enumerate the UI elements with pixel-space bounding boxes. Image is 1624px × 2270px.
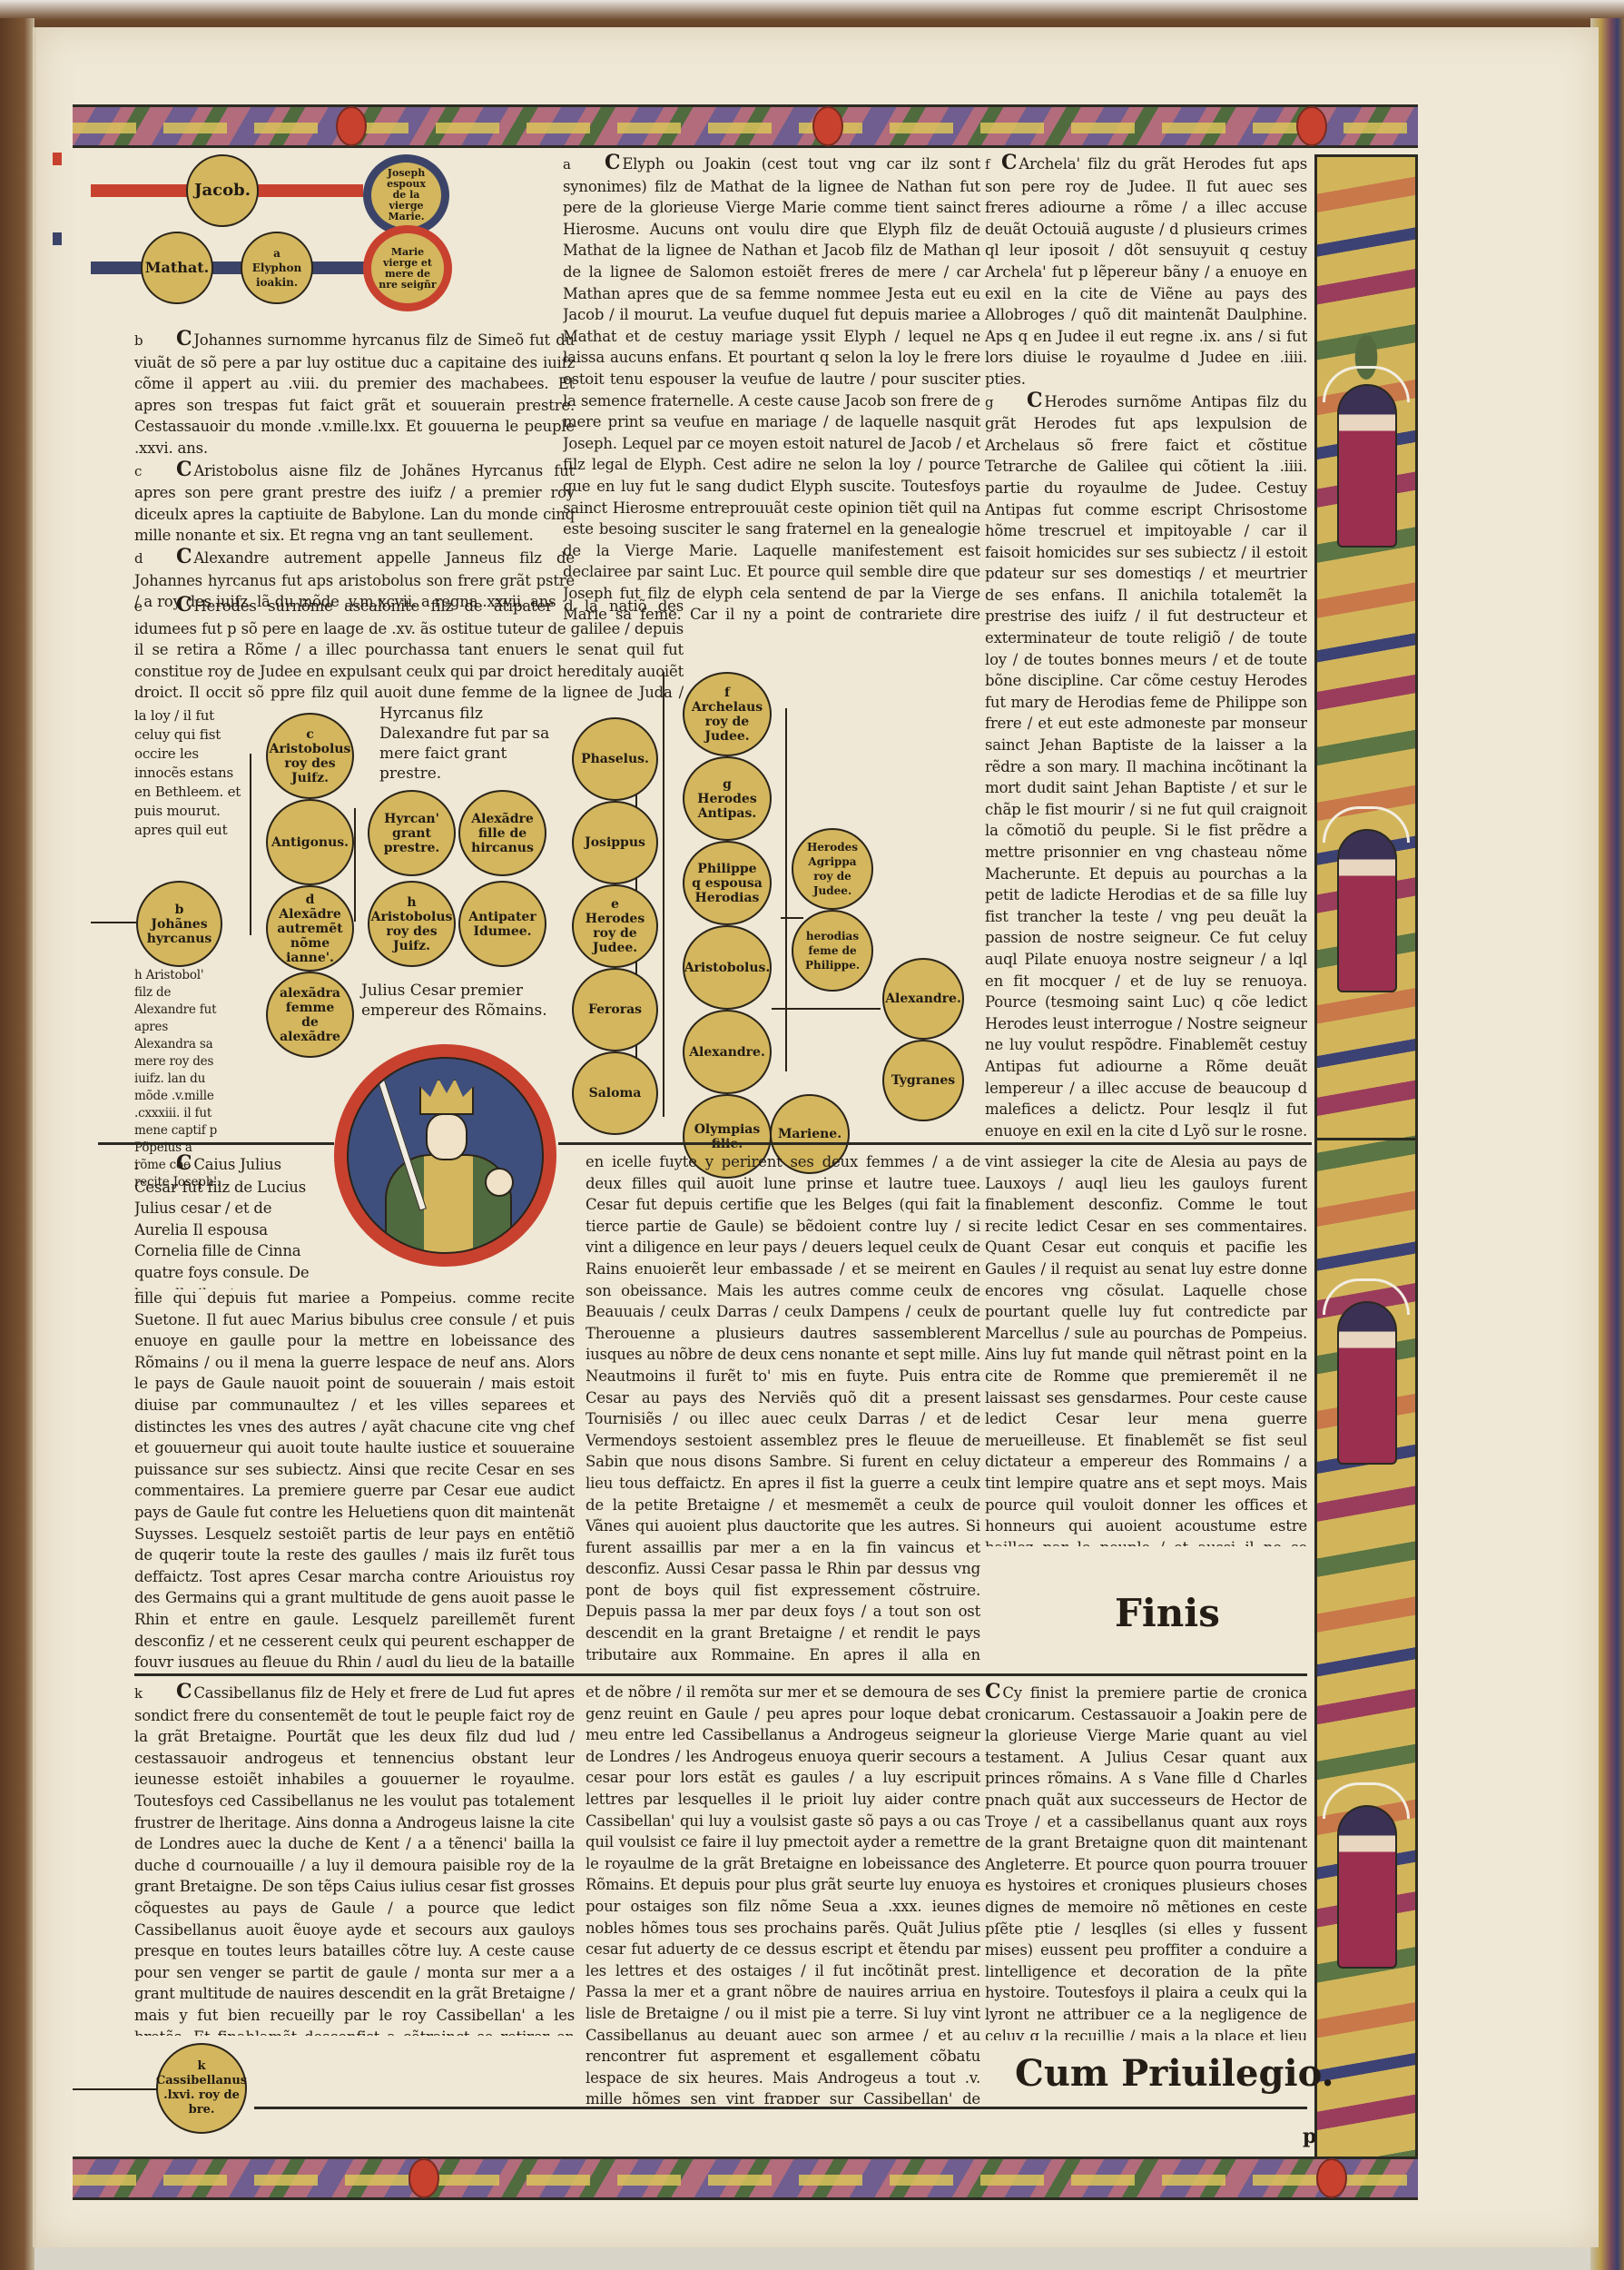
paragraph-e-end: la loy / il fut celuy qui fist occire le… xyxy=(134,706,248,843)
divider-rule xyxy=(558,1142,1312,1145)
signature-mark: p xyxy=(1303,2125,1316,2148)
rose-ornament xyxy=(336,106,367,146)
circle-joseph: Joseph espoux de la vierge Marie. xyxy=(363,154,449,236)
circle-feroras: Feroras xyxy=(572,968,658,1051)
circle-cassibellanus: k Cassibellanus .lxvi. roy de bre. xyxy=(156,2043,247,2134)
circle-aristobolus-h: h Aristobolus roy des Juifz. xyxy=(368,881,456,967)
circle-hyrcanus-priest: Hyrcan' grant prestre. xyxy=(368,790,456,876)
paragraph-b: bCJohannes surnomme hyrcanus filz de Sim… xyxy=(134,329,575,459)
book-binding-left xyxy=(0,18,34,2270)
circle-herodias: herodias feme de Philippe. xyxy=(792,910,873,992)
circle-herodes-agrippa: Herodes Agrippa roy de Judee. xyxy=(792,828,873,910)
paragraph-a: aCElyph ou Joakin (cest tout vng car ilz… xyxy=(563,153,980,625)
margin-mark xyxy=(53,153,62,165)
paragraph-c: cCAristobolus aisne filz de Johãnes Hyrc… xyxy=(134,459,575,547)
circle-alexandra-daughter: Alexãdre fille de hircanus xyxy=(458,790,546,876)
rose-ornament xyxy=(1316,2158,1347,2198)
circle-elyphon: a Elyphon ioakin. xyxy=(241,232,313,304)
bottom-decorative-border xyxy=(73,2156,1418,2200)
circle-aristobolus-c: c Aristobolus roy des Juifz. xyxy=(266,713,354,799)
cum-privilegio-heading: Cum Priuilegio. xyxy=(1015,2052,1334,2095)
circle-alexandre-d: d Alexãdre autremẽt nõme ianne'. xyxy=(266,885,354,972)
circle-philippe: Philippe q espousa Herodias xyxy=(683,841,772,925)
tree-connector xyxy=(772,1008,881,1010)
rose-ornament xyxy=(812,106,843,146)
lineage-bar-blue xyxy=(91,262,381,274)
circle-tygranes: Tygranes xyxy=(882,1040,964,1121)
rose-ornament xyxy=(1296,106,1327,146)
figure-illustration xyxy=(1337,1301,1397,1465)
circle-antipater: Antipater Idumee. xyxy=(458,881,546,967)
figure-illustration xyxy=(1337,384,1397,548)
right-column-text: fCArchela' filz du grãt Herodes fut aps … xyxy=(985,153,1307,1142)
circle-archelaus: f Archelaus roy de Judee. xyxy=(683,672,772,756)
circle-alexandre-2: Alexandre. xyxy=(683,1010,772,1094)
paragraph-g: gCHerodes surnõme Antipas filz du grãt H… xyxy=(985,390,1307,1142)
figure-illustration xyxy=(1337,1805,1397,1969)
caius-julius-lead: iCCaius Julius Cesar fut filz de Lucius … xyxy=(134,1153,325,1289)
left-column-text: bCJohannes surnomme hyrcanus filz de Sim… xyxy=(134,329,575,613)
divider-rule xyxy=(134,1673,1307,1676)
tree-connector xyxy=(781,917,803,919)
circle-phaselus: Phaselus. xyxy=(572,717,658,801)
caption-julius-cesar: Julius Cesar premier empereur des Rõmain… xyxy=(361,981,552,1021)
cassibellanus-column-1: kCCassibellanus filz de Hely et frere de… xyxy=(134,1682,575,2036)
caius-julius-column-1: fille qui depuis fut mariee a Pompeius. … xyxy=(134,1288,575,1667)
circle-herodes-e: e Herodes roy de Judee. xyxy=(572,884,658,968)
finis-heading: Finis xyxy=(1115,1591,1220,1635)
circle-aristobolus-2: Aristobolus. xyxy=(683,925,772,1010)
circle-marie: Marie vierge et mere de nre seigñr xyxy=(363,225,452,311)
circle-alexandra: alexãdra femme de alexãdre xyxy=(266,972,354,1058)
circle-johannes-hyrcanus: b Johãnes hyrcanus xyxy=(136,881,222,967)
tree-connector xyxy=(250,754,251,935)
divider-rule xyxy=(98,1142,334,1145)
colophon-text: CCy finist la premiere partie de cronica… xyxy=(985,1682,1307,2040)
julius-caesar-portrait xyxy=(334,1044,556,1267)
tree-connector xyxy=(354,808,356,922)
margin-mark xyxy=(53,232,62,245)
divider-rule xyxy=(254,2107,1307,2109)
right-decorative-border xyxy=(1314,154,1418,2161)
paragraph-f: fCArchela' filz du grãt Herodes fut aps … xyxy=(985,153,1307,390)
tree-connector xyxy=(91,922,136,923)
figure-illustration xyxy=(1337,829,1397,992)
rose-ornament xyxy=(408,2158,439,2198)
top-decorative-border xyxy=(73,104,1418,148)
circle-alexandre-3: Alexandre. xyxy=(882,958,964,1040)
circle-mathat: Mathat. xyxy=(141,232,213,304)
middle-column-text: aCElyph ou Joakin (cest tout vng car ilz… xyxy=(563,153,980,625)
tree-connector xyxy=(663,672,664,1117)
circle-jacob: Jacob. xyxy=(186,154,259,227)
caius-julius-column-2: en icelle fuyte y perirent ses deux femm… xyxy=(586,1151,980,1667)
caius-julius-column-3: vint assieger la cite de Alesia au pays … xyxy=(985,1151,1307,1546)
circle-saloma: Saloma xyxy=(572,1051,658,1135)
caption-hyrcanus: Hyrcanus filz Dalexandre fut par sa mere… xyxy=(379,704,552,784)
tree-connector xyxy=(785,708,787,1071)
circle-josippus: Josippus xyxy=(572,801,658,884)
circle-antigonus: Antigonus. xyxy=(266,799,354,885)
orb-icon xyxy=(485,1168,514,1197)
circle-herodes-antipas: g Herodes Antipas. xyxy=(683,756,772,841)
crown-icon xyxy=(419,1079,474,1115)
cassibellanus-column-2: et de nõbre / il remõta sur mer et se de… xyxy=(586,1682,980,2104)
tree-connector xyxy=(73,2088,159,2090)
